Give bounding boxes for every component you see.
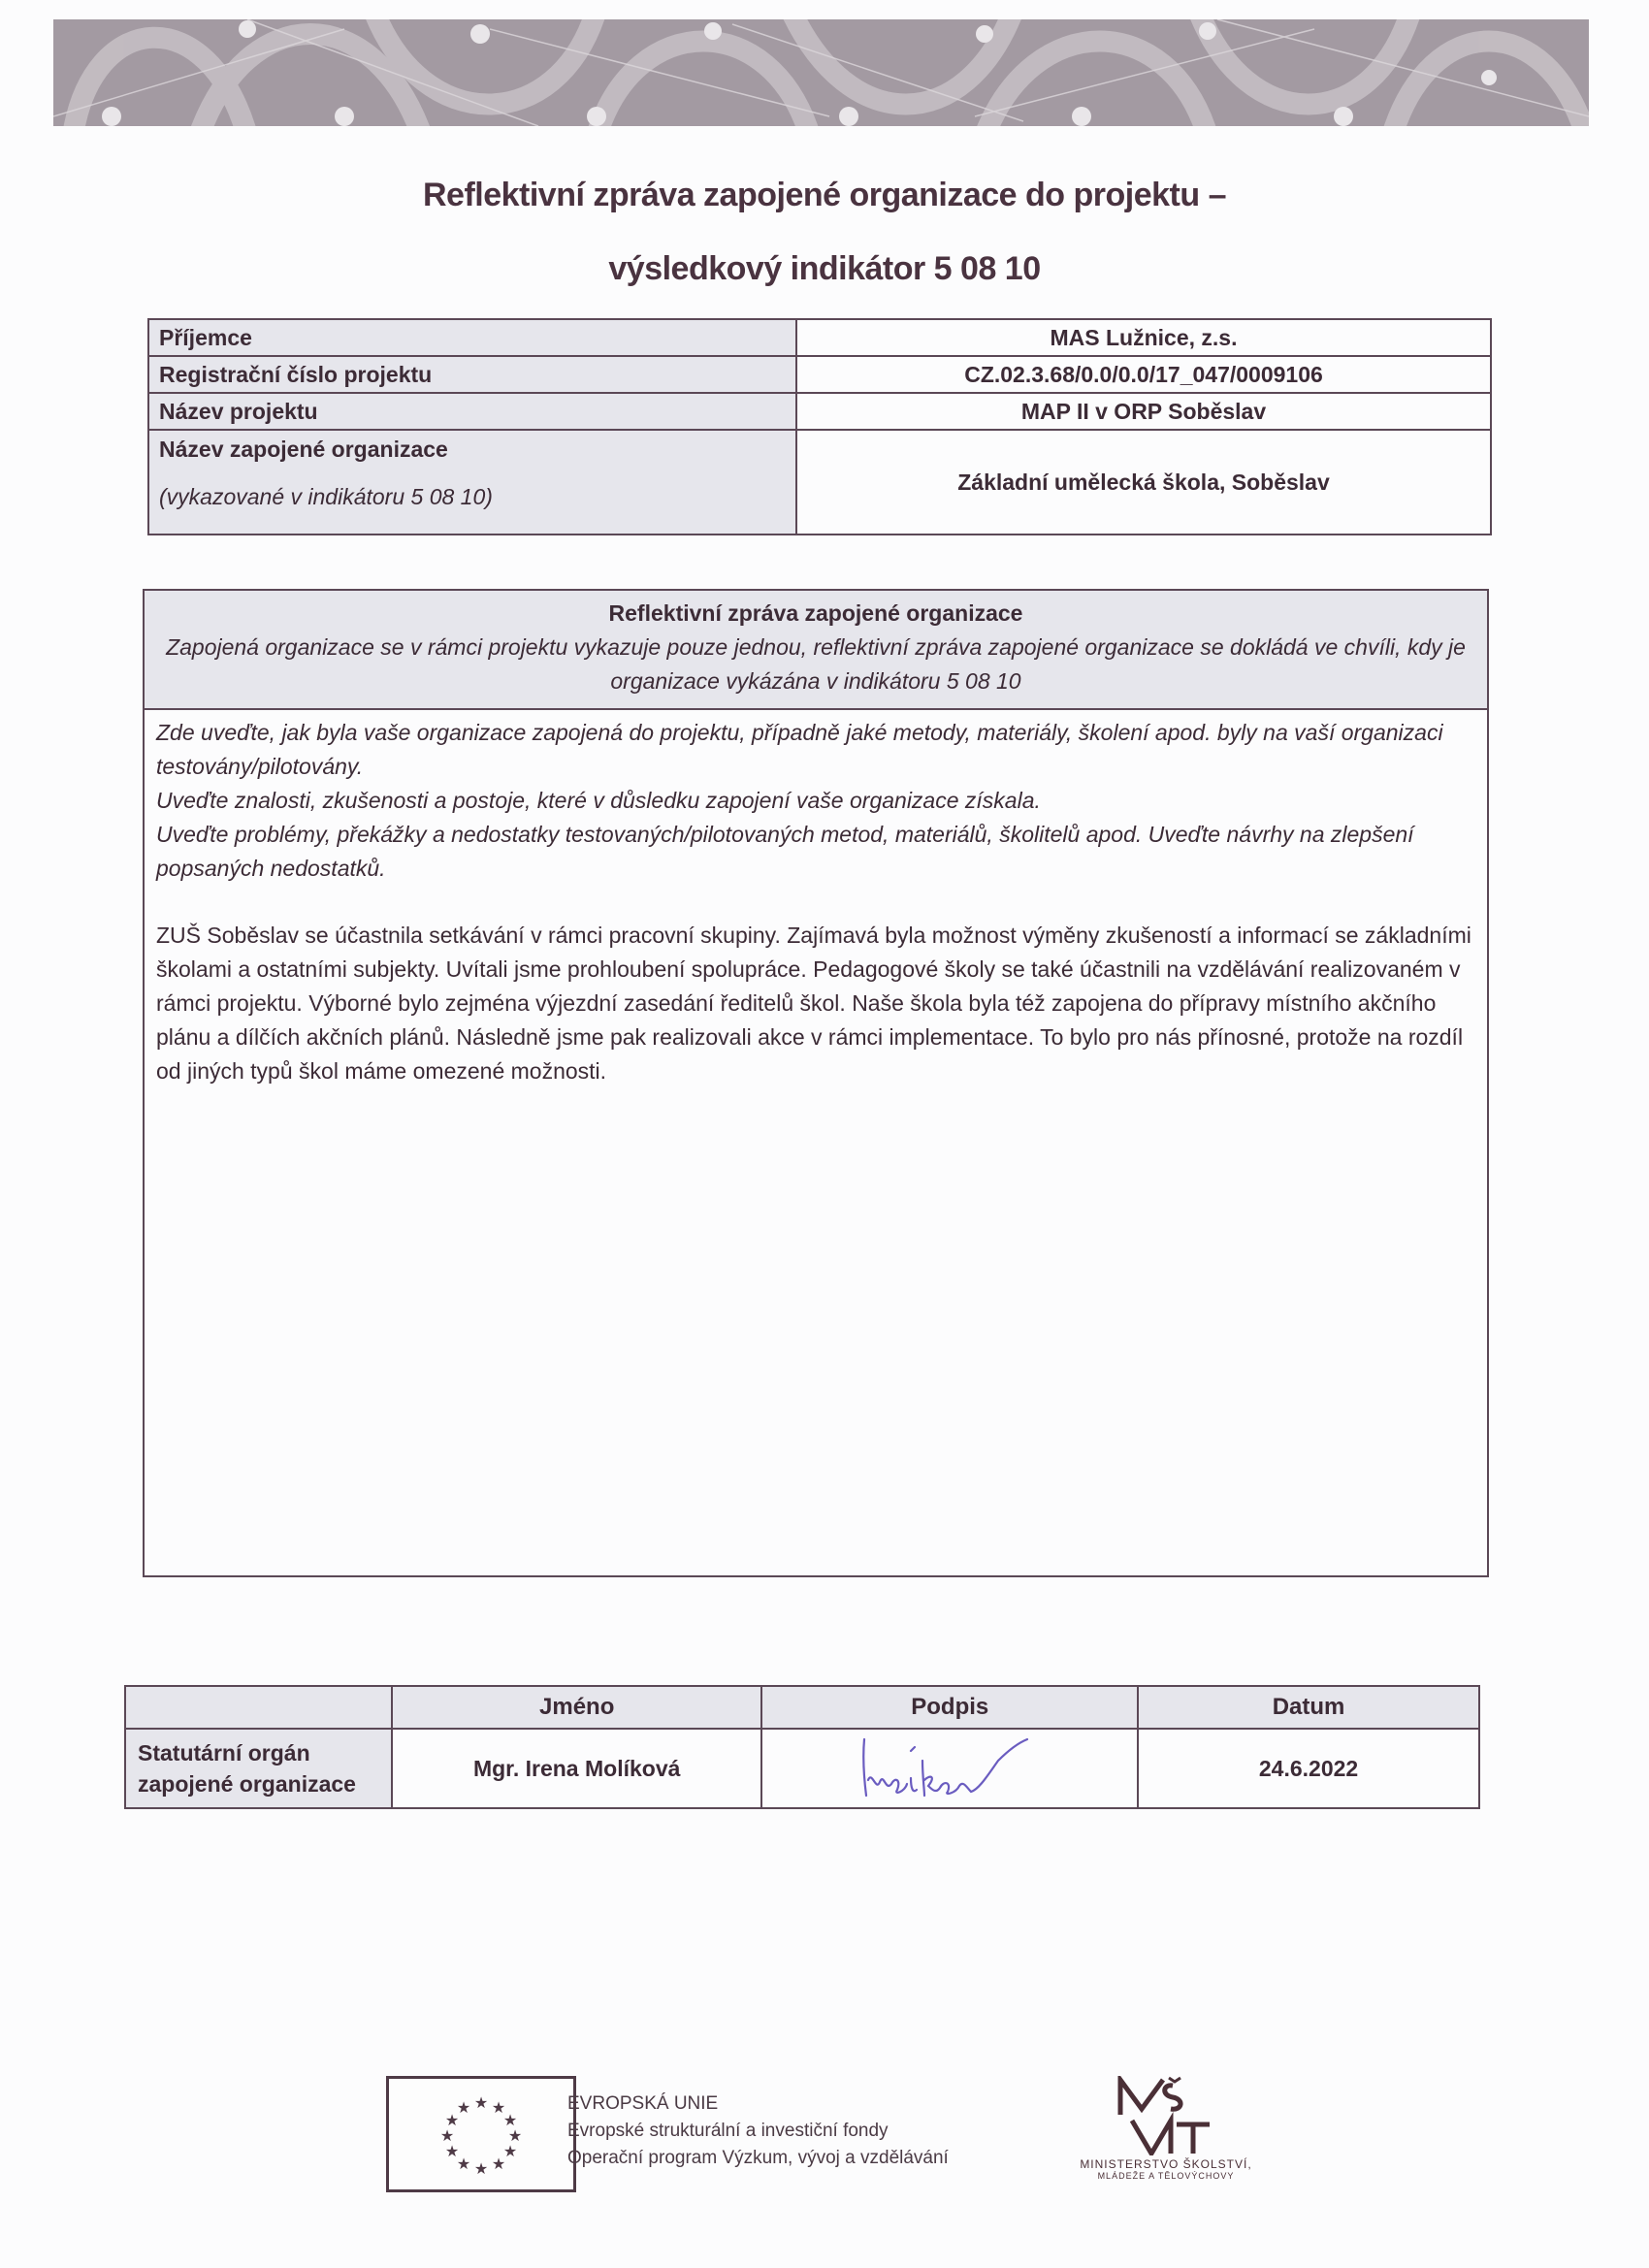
header-date: Datum	[1138, 1686, 1479, 1729]
header-banner	[53, 19, 1589, 126]
project-info-table: Příjemce MAS Lužnice, z.s. Registrační č…	[147, 318, 1492, 535]
report-body: Zde uveďte, jak byla vaše organizace zap…	[144, 709, 1488, 1576]
table-row: Registrační číslo projektu CZ.02.3.68/0.…	[148, 356, 1491, 393]
instruction-3: Uveďte problémy, překážky a nedostatky t…	[156, 818, 1475, 886]
eu-flag-logo: ★★★ ★★★ ★★★ ★★★	[386, 2076, 576, 2192]
label-organization-note: (vykazované v indikátoru 5 08 10)	[159, 484, 786, 510]
signature-cell	[761, 1729, 1138, 1808]
eu-text-block: EVROPSKÁ UNIE Evropské strukturální a in…	[567, 2090, 949, 2172]
signature-header-row: Jméno Podpis Datum	[125, 1686, 1479, 1729]
svg-text:★: ★	[457, 2098, 470, 2117]
instruction-2: Uveďte znalosti, zkušenosti a postoje, k…	[156, 784, 1475, 818]
header-signature: Podpis	[761, 1686, 1138, 1729]
report-header: Reflektivní zpráva zapojené organizace Z…	[144, 590, 1488, 709]
signature-row: Statutární orgán zapojené organizace Mgr…	[125, 1729, 1479, 1808]
label-project-name: Název projektu	[148, 393, 796, 430]
handwritten-signature-icon	[843, 1732, 1056, 1799]
document-subtitle: výsledkový indikátor 5 08 10	[0, 250, 1649, 288]
svg-text:★: ★	[474, 2159, 488, 2178]
eu-line-3: Operační program Výzkum, vývoj a vzděláv…	[567, 2145, 949, 2172]
label-recipient: Příjemce	[148, 319, 796, 356]
value-recipient: MAS Lužnice, z.s.	[796, 319, 1491, 356]
signature-date: 24.6.2022	[1138, 1729, 1479, 1808]
empty-header-cell	[125, 1686, 392, 1729]
msmt-monogram-icon	[1113, 2076, 1219, 2155]
msmt-logo: MINISTERSTVO ŠKOLSTVÍ, MLÁDEŽE A TĚLOVÝC…	[1050, 2076, 1282, 2181]
msmt-line-1: MINISTERSTVO ŠKOLSTVÍ,	[1050, 2157, 1282, 2171]
eu-line-2: Evropské strukturální a investiční fondy	[567, 2118, 949, 2145]
eu-line-1: EVROPSKÁ UNIE	[567, 2090, 949, 2118]
report-body-row: Zde uveďte, jak byla vaše organizace zap…	[144, 709, 1488, 1576]
label-organization-text: Název zapojené organizace	[159, 437, 448, 462]
decorative-pattern-icon	[53, 19, 1589, 126]
eu-stars-icon: ★★★ ★★★ ★★★ ★★★	[389, 2079, 573, 2189]
value-organization: Základní umělecká škola, Soběslav	[796, 430, 1491, 535]
document-title: Reflektivní zpráva zapojené organizace d…	[0, 177, 1649, 214]
table-row: Název projektu MAP II v ORP Soběslav	[148, 393, 1491, 430]
value-registration-number: CZ.02.3.68/0.0/0.0/17_047/0009106	[796, 356, 1491, 393]
svg-text:★: ★	[474, 2093, 488, 2112]
label-registration-number: Registrační číslo projektu	[148, 356, 796, 393]
value-project-name: MAP II v ORP Soběslav	[796, 393, 1491, 430]
report-answer: ZUŠ Soběslav se účastnila setkávání v rá…	[156, 919, 1475, 1088]
report-note: Zapojená organizace se v rámci projektu …	[166, 634, 1466, 694]
instruction-1: Zde uveďte, jak byla vaše organizace zap…	[156, 716, 1475, 784]
signatory-name: Mgr. Irena Molíková	[392, 1729, 762, 1808]
svg-text:★: ★	[492, 2155, 505, 2173]
report-heading: Reflektivní zpráva zapojené organizace	[156, 597, 1475, 631]
table-row: Příjemce MAS Lužnice, z.s.	[148, 319, 1491, 356]
table-row: Název zapojené organizace (vykazované v …	[148, 430, 1491, 535]
header-name: Jméno	[392, 1686, 762, 1729]
signature-table: Jméno Podpis Datum Statutární orgán zapo…	[124, 1685, 1480, 1809]
reflective-report-table: Reflektivní zpráva zapojené organizace Z…	[143, 589, 1489, 1577]
report-header-row: Reflektivní zpráva zapojené organizace Z…	[144, 590, 1488, 709]
msmt-line-2: MLÁDEŽE A TĚLOVÝCHOVY	[1050, 2171, 1282, 2181]
label-organization: Název zapojené organizace (vykazované v …	[148, 430, 796, 535]
row-label-statutory-body: Statutární orgán zapojené organizace	[125, 1729, 392, 1808]
